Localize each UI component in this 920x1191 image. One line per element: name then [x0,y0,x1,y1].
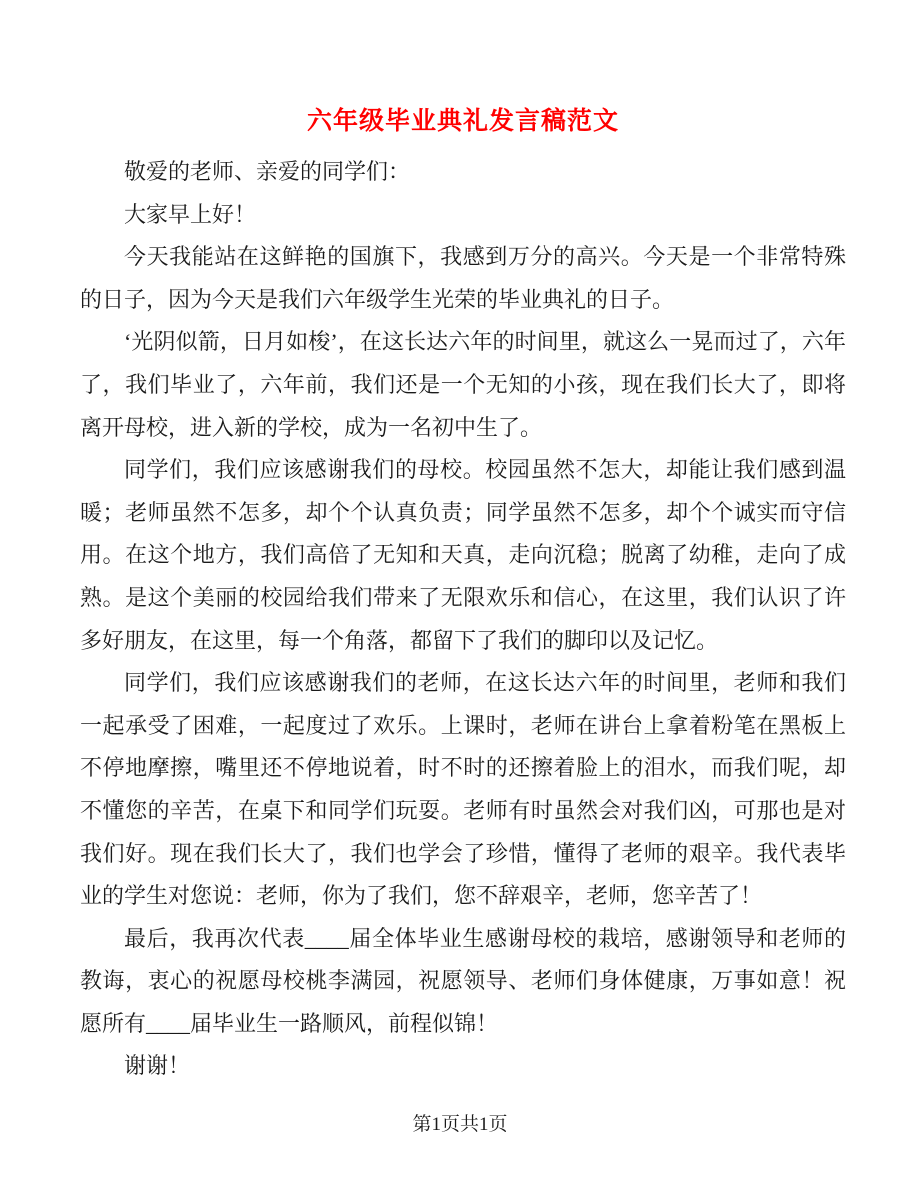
paragraph-salutation: 敬爱的老师、亲爱的同学们： [80,151,846,194]
paragraph-thanks: 谢谢！ [80,1045,846,1088]
document-title: 六年级毕业典礼发言稿范文 [80,100,846,144]
paragraph-greeting: 大家早上好！ [80,194,846,237]
paragraph-opening: 今天我能站在这鲜艳的国旗下，我感到万分的高兴。今天是一个非常特殊的日子，因为今天… [80,236,846,321]
page-number-label: 第1页共1页 [412,1114,507,1135]
paragraph-thank-school: 同学们，我们应该感谢我们的母校。校园虽然不怎大，却能让我们感到温暖；老师虽然不怎… [80,449,846,662]
paragraph-closing-wishes: 最后，我再次代表____届全体毕业生感谢母校的栽培，感谢领导和老师的教诲，衷心的… [80,918,846,1046]
paragraph-thank-teachers: 同学们，我们应该感谢我们的老师，在这长达六年的时间里，老师和我们一起承受了困难，… [80,662,846,918]
document-body: 六年级毕业典礼发言稿范文 敬爱的老师、亲爱的同学们： 大家早上好！ 今天我能站在… [80,100,846,1088]
page-footer: 第1页共1页 [0,1112,920,1138]
paragraph-time-flies: ‘光阴似箭，日月如梭’，在这长达六年的时间里，就这么一晃而过了，六年了，我们毕业… [80,321,846,449]
document-page: 六年级毕业典礼发言稿范文 敬爱的老师、亲爱的同学们： 大家早上好！ 今天我能站在… [0,0,920,1191]
